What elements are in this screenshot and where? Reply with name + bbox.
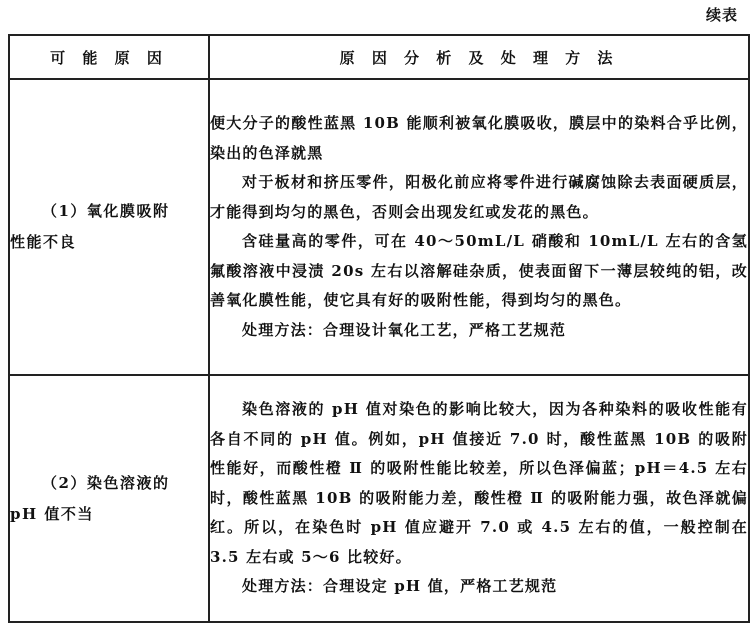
cause-line-2: pH 值不当	[10, 505, 94, 523]
treatment-method-label: 处理方法：	[242, 577, 323, 595]
table-row: （1）氧化膜吸附 性能不良 便大分子的酸性蓝黑 10B 能顺利被氧化膜吸收，膜层…	[9, 79, 749, 375]
cause-line-1: （1）氧化膜吸附	[10, 196, 208, 227]
header-analysis-method: 原 因 分 析 及 处 理 方 法	[209, 35, 749, 79]
treatment-method: 处理方法：合理设定 pH 值，严格工艺规范	[210, 572, 748, 602]
treatment-method-label: 处理方法：	[242, 321, 323, 339]
cause-line-1: （2）染色溶液的	[10, 468, 208, 499]
analysis-paragraph: 便大分子的酸性蓝黑 10B 能顺利被氧化膜吸收，膜层中的染料合乎比例，染出的色泽…	[210, 109, 748, 168]
cause-cell: （2）染色溶液的 pH 值不当	[9, 375, 209, 622]
analysis-paragraph: 含硅量高的零件，可在 40～50mL/L 硝酸和 10mL/L 左右的含氢氟酸溶…	[210, 227, 748, 316]
treatment-method-text: 合理设计氧化工艺，严格工艺规范	[323, 321, 566, 339]
cause-cell: （1）氧化膜吸附 性能不良	[9, 79, 209, 375]
analysis-paragraph: 对于板材和挤压零件，阳极化前应将零件进行碱腐蚀除去表面硬质层，才能得到均匀的黑色…	[210, 168, 748, 227]
treatment-method-text: 合理设定 pH 值，严格工艺规范	[323, 577, 557, 595]
analysis-cell: 便大分子的酸性蓝黑 10B 能顺利被氧化膜吸收，膜层中的染料合乎比例，染出的色泽…	[209, 79, 749, 375]
continued-table-label: 续表	[706, 4, 738, 25]
table-header-row: 可 能 原 因 原 因 分 析 及 处 理 方 法	[9, 35, 749, 79]
table-row: （2）染色溶液的 pH 值不当 染色溶液的 pH 值对染色的影响比较大，因为各种…	[9, 375, 749, 622]
cause-analysis-table: 可 能 原 因 原 因 分 析 及 处 理 方 法 （1）氧化膜吸附 性能不良 …	[8, 34, 750, 623]
analysis-paragraph: 染色溶液的 pH 值对染色的影响比较大，因为各种染料的吸收性能有各自不同的 pH…	[210, 395, 748, 572]
cause-line-2: 性能不良	[10, 233, 76, 251]
header-possible-cause: 可 能 原 因	[9, 35, 209, 79]
treatment-method: 处理方法：合理设计氧化工艺，严格工艺规范	[210, 316, 748, 346]
analysis-cell: 染色溶液的 pH 值对染色的影响比较大，因为各种染料的吸收性能有各自不同的 pH…	[209, 375, 749, 622]
